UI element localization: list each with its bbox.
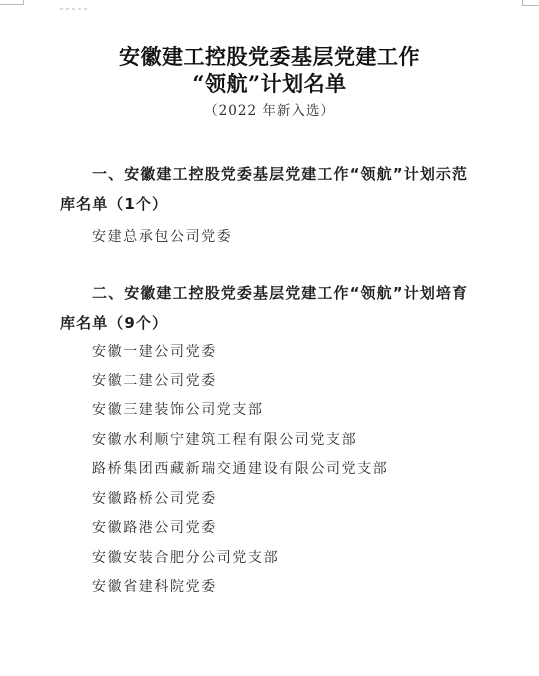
section-1-heading-line-2: 库名单（1个） <box>60 197 168 212</box>
section-2-heading-line-1: 二、安徽建工控股党委基层党建工作“领航”计划培育 <box>92 286 468 301</box>
crop-mark-top-right <box>522 5 539 6</box>
section-2-list-item: 安徽三建装饰公司党支部 <box>92 403 264 417</box>
section-2-list-item: 安徽水利顺宁建筑工程有限公司党支部 <box>92 433 357 447</box>
section-2-list-item: 路桥集团西藏新瑞交通建设有限公司党支部 <box>92 462 388 476</box>
section-2-heading-line-2: 库名单（9个） <box>60 316 168 331</box>
section-2-list-item: 安徽安装合肥分公司党支部 <box>92 551 279 565</box>
crop-mark-top-left-vertical <box>23 0 24 5</box>
section-1-list-item: 安建总承包公司党委 <box>92 230 232 244</box>
crop-mark-top-left <box>0 4 23 5</box>
section-2-list-item: 安徽省建科院党委 <box>92 580 217 594</box>
section-2-list-item: 安徽路桥公司党委 <box>92 492 217 506</box>
document-title-line-1: 安徽建工控股党委基层党建工作 <box>0 46 539 67</box>
section-1-heading-line-1: 一、安徽建工控股党委基层党建工作“领航”计划示范 <box>92 167 468 182</box>
document-subtitle: （2022 年新入选） <box>0 105 539 119</box>
document-page: 安徽建工控股党委基层党建工作 “领航”计划名单 （2022 年新入选） 一、安徽… <box>0 0 539 676</box>
section-2-list-item: 安徽路港公司党委 <box>92 521 217 535</box>
document-title-line-2: “领航”计划名单 <box>0 73 539 94</box>
section-2-list-item: 安徽一建公司党委 <box>92 345 217 359</box>
section-2-list-item: 安徽二建公司党委 <box>92 374 217 388</box>
header-residue <box>60 8 88 10</box>
